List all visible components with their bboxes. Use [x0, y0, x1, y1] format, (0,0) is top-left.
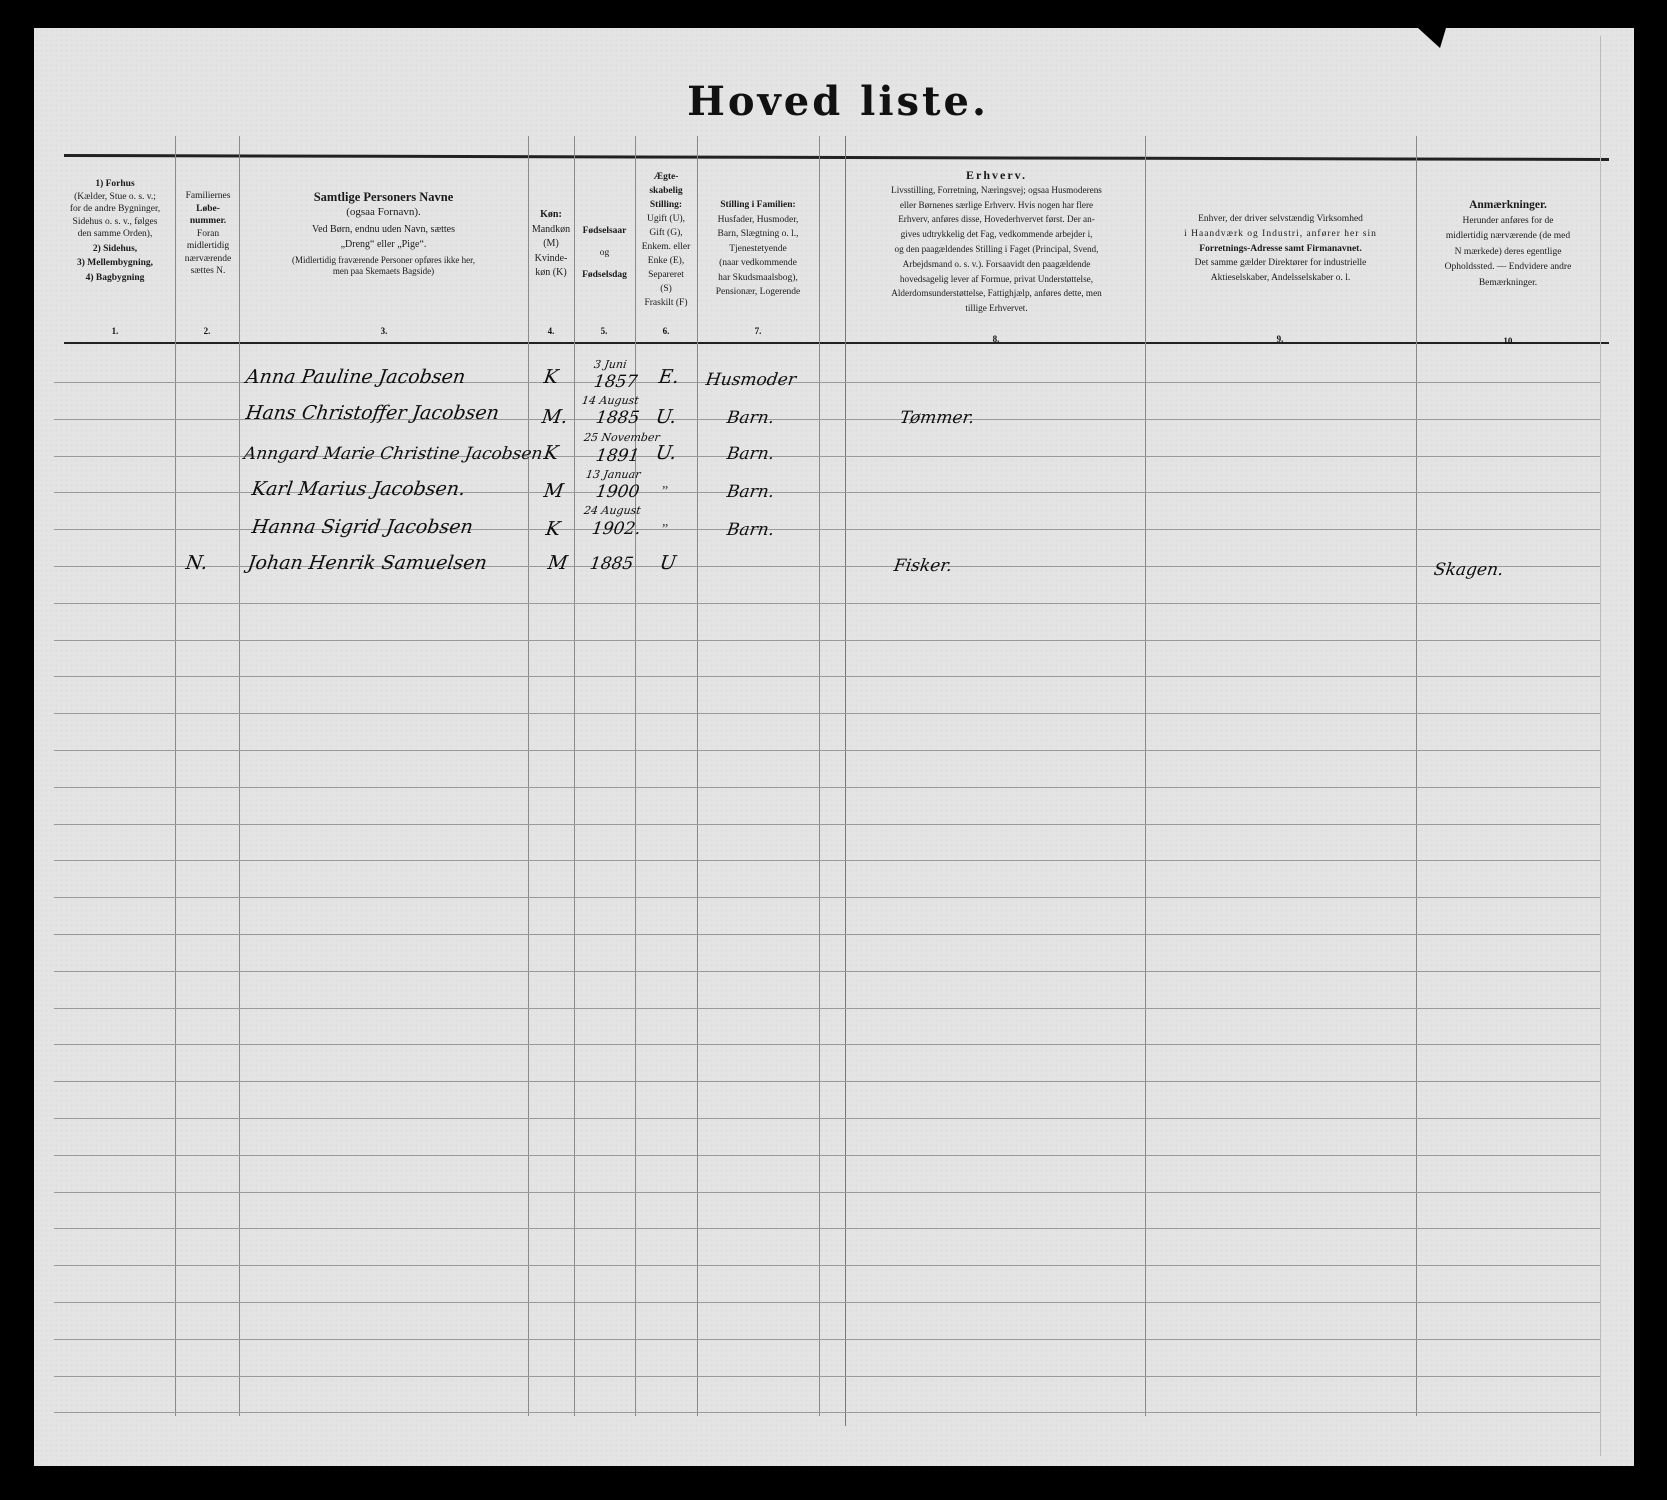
column-number-8: 8. — [976, 334, 1016, 344]
column-header-3: Samtlige Personers Navne (ogsaa Fornavn)… — [239, 190, 528, 277]
column-divider — [819, 136, 820, 1416]
column-number-4: 4. — [531, 326, 571, 336]
person-name: Hanna Sigrid Jacobsen — [250, 516, 474, 538]
column-divider — [175, 136, 176, 1416]
birth-year: 1885 — [595, 408, 641, 428]
page-notch — [1418, 28, 1446, 48]
row-rule — [54, 640, 1600, 641]
row-rule — [54, 1302, 1600, 1303]
marital-status: U. — [654, 406, 677, 428]
sex: M — [542, 480, 565, 502]
row-rule — [54, 1412, 1600, 1413]
column-header-9: Enhver, der driver selvstændig Virksomhe… — [1145, 212, 1416, 286]
column-divider — [1416, 136, 1417, 1416]
birth-year: 1885 — [589, 554, 635, 574]
family-position: Barn. — [726, 482, 776, 502]
birth-year: 1900 — [595, 482, 641, 502]
column-divider — [1145, 136, 1146, 1416]
page-title: Hoved liste. — [34, 78, 1634, 125]
row-rule — [54, 897, 1600, 898]
column-divider — [528, 136, 529, 1416]
birth-year: 1902. — [591, 519, 642, 539]
row-rule — [54, 1376, 1600, 1377]
marital-status-ditto: ” — [662, 522, 668, 538]
marital-status-ditto: ” — [662, 484, 668, 500]
row-rule — [54, 1155, 1600, 1156]
row-rule — [54, 1118, 1600, 1119]
occupation: Tømmer. — [899, 408, 976, 428]
page-fold — [845, 136, 846, 1426]
row-rule — [54, 750, 1600, 751]
column-header-2: Familiernes Løbe- nummer. Foran midlerti… — [175, 190, 241, 278]
column-divider — [635, 136, 636, 1416]
row-rule — [54, 603, 1600, 604]
column-divider — [239, 136, 240, 1416]
census-form-page: Hoved liste. 1) Forhus (Kælder, Stue o. … — [34, 28, 1634, 1466]
column-header-1: 1) Forhus (Kælder, Stue o. s. v.; for de… — [56, 178, 174, 284]
birth-day: 14 August — [581, 394, 640, 407]
remarks: Skagen. — [1433, 560, 1505, 580]
occupation: Fisker. — [893, 556, 954, 576]
column-divider — [697, 136, 698, 1416]
row-rule — [54, 971, 1600, 972]
column-number-3: 3. — [364, 326, 404, 336]
row-rule — [54, 1081, 1600, 1082]
person-name: Johan Henrik Samuelsen — [246, 552, 488, 574]
birth-day: 3 Juni — [593, 358, 627, 371]
column-number-9: 9. — [1260, 334, 1300, 344]
column-header-6: Ægte- skabelig Stilling: Ugift (U), Gift… — [635, 170, 697, 310]
column-number-2: 2. — [187, 326, 227, 336]
column-divider — [574, 136, 575, 1416]
family-position: Barn. — [726, 520, 776, 540]
column-header-8: Erhverv. Livsstilling, Forretning, Nærin… — [848, 168, 1145, 316]
sex: M — [546, 552, 569, 574]
right-border — [1600, 36, 1601, 1456]
sex: K — [544, 518, 561, 540]
column-header-10: Anmærkninger. Herunder anføres for de mi… — [1416, 198, 1600, 291]
birth-day: 13 Januar — [585, 468, 641, 481]
person-name: Karl Marius Jacobsen. — [250, 478, 466, 500]
column-header-4: Køn: Mandkøn (M) Kvinde- køn (K) — [528, 208, 574, 281]
row-rule — [54, 1192, 1600, 1193]
row-rule — [54, 676, 1600, 677]
person-name: Anngard Marie Christine Jacobsen — [243, 444, 544, 464]
column-number-1: 1. — [95, 326, 135, 336]
column-header-5: Fødselsaar og Fødselsdag — [574, 220, 635, 286]
birth-year: 1891 — [595, 446, 641, 466]
header-bottom-rule — [64, 342, 1609, 344]
family-position: Barn. — [726, 444, 776, 464]
family-number: N. — [184, 552, 209, 574]
row-rule — [54, 1228, 1600, 1229]
row-rule — [54, 860, 1600, 861]
column-number-10: 10. — [1489, 336, 1529, 346]
person-name: Anna Pauline Jacobsen — [244, 366, 466, 388]
header-top-rule — [64, 154, 1609, 161]
family-position: Husmoder — [705, 370, 798, 390]
row-rule — [54, 1044, 1600, 1045]
column-number-7: 7. — [738, 326, 778, 336]
row-rule — [54, 824, 1600, 825]
row-rule — [54, 787, 1600, 788]
birth-day: 25 November — [583, 431, 661, 444]
sex: M. — [540, 406, 569, 428]
person-name: Hans Christoffer Jacobsen — [244, 402, 500, 424]
sex: K — [542, 366, 559, 388]
column-number-6: 6. — [646, 326, 686, 336]
row-rule — [54, 713, 1600, 714]
row-rule — [54, 1008, 1600, 1009]
marital-status: U — [658, 552, 677, 574]
family-position: Barn. — [726, 408, 776, 428]
sex: K — [542, 442, 559, 464]
marital-status: U. — [654, 442, 677, 464]
row-rule — [54, 1339, 1600, 1340]
birth-day: 24 August — [583, 504, 642, 517]
marital-status: E. — [657, 366, 680, 388]
column-header-7: Stilling i Familien: Husfader, Husmoder,… — [697, 198, 819, 300]
birth-year: 1857 — [593, 372, 639, 392]
row-rule — [54, 934, 1600, 935]
column-number-5: 5. — [584, 326, 624, 336]
row-rule — [54, 1265, 1600, 1266]
